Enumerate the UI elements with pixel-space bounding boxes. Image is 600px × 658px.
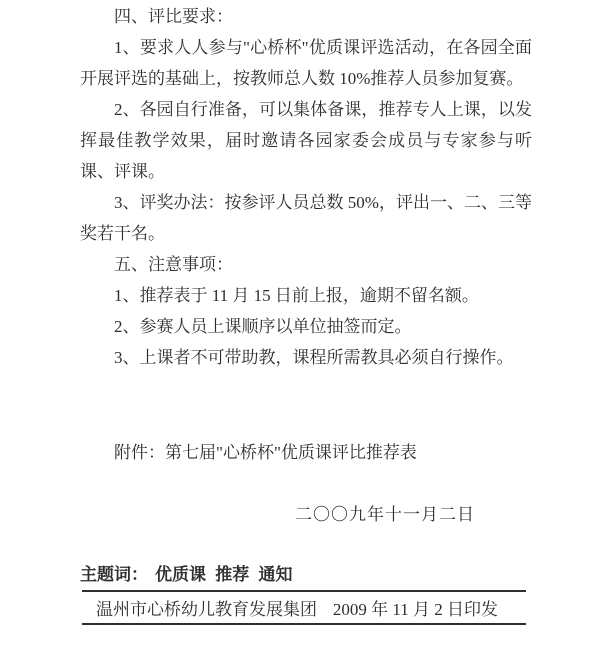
paragraph-note-3: 3、上课者不可带助教，课程所需教具必须自行操作。 xyxy=(80,342,532,373)
date-line: 二〇〇九年十一月二日 xyxy=(295,499,532,530)
paragraph-note-2: 2、参赛人员上课顺序以单位抽签而定。 xyxy=(80,311,532,342)
section-heading-4: 四、评比要求： xyxy=(80,1,532,32)
subject-line: 主题词：优质课 推荐 通知 xyxy=(80,559,532,590)
subject-label: 主题词： xyxy=(80,565,148,584)
imprint-issuer: 温州市心桥幼儿教育发展集团 xyxy=(96,595,317,620)
paragraph-note-1: 1、推荐表于 11 月 15 日前上报，逾期不留名额。 xyxy=(80,280,532,311)
document-page: 四、评比要求： 1、要求人人参与"心桥杯"优质课评选活动，在各园全面开展评选的基… xyxy=(0,0,600,658)
paragraph-requirement-1: 1、要求人人参与"心桥杯"优质课评选活动，在各园全面开展评选的基础上，按教师总人… xyxy=(80,32,532,94)
subject-terms: 优质课 推荐 通知 xyxy=(155,565,293,584)
imprint-print-date: 2009 年 11 月 2 日印发 xyxy=(333,595,498,620)
paragraph-requirement-2: 2、各园自行准备，可以集体备课，推荐专人上课，以发挥最佳教学效果，届时邀请各园家… xyxy=(80,94,532,187)
imprint-row: 温州市心桥幼儿教育发展集团 2009 年 11 月 2 日印发 xyxy=(82,590,526,625)
paragraph-requirement-3: 3、评奖办法：按参评人员总数 50%，评出一、二、三等奖若干名。 xyxy=(80,187,532,249)
document-body: 四、评比要求： 1、要求人人参与"心桥杯"优质课评选活动，在各园全面开展评选的基… xyxy=(80,1,532,373)
attachment-line: 附件：第七届"心桥杯"优质课评比推荐表 xyxy=(80,437,532,468)
section-heading-5: 五、注意事项： xyxy=(80,249,532,280)
document-content: 四、评比要求： 1、要求人人参与"心桥杯"优质课评选活动，在各园全面开展评选的基… xyxy=(0,0,600,625)
